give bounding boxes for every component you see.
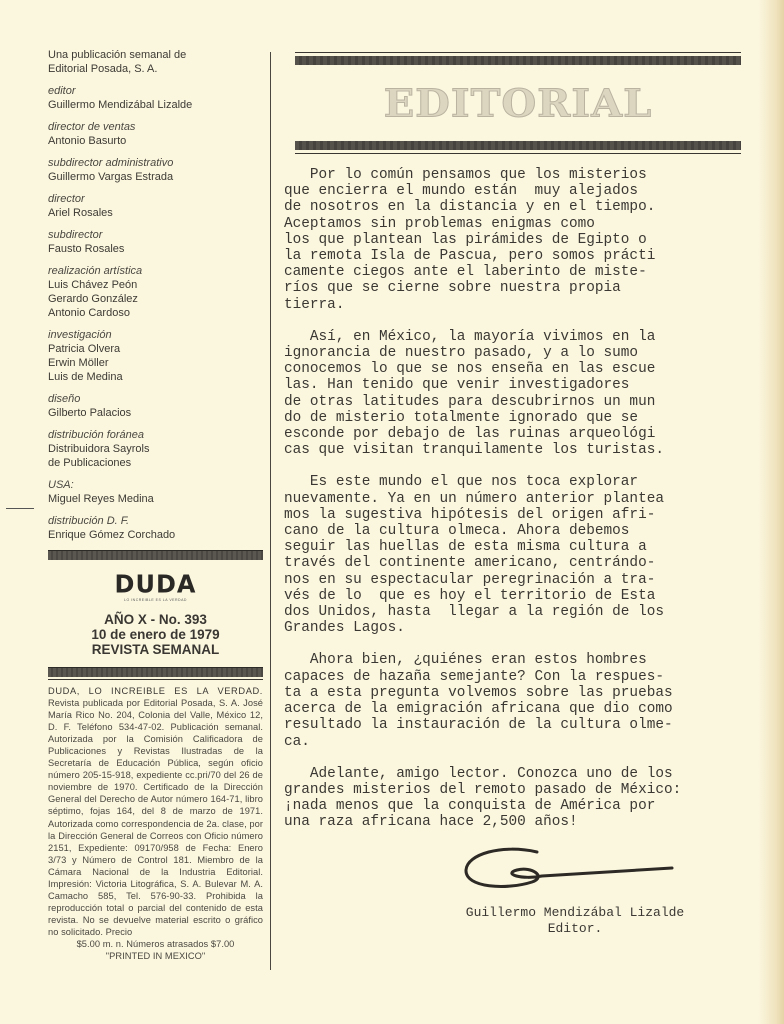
editorial-paragraph: Adelante, amigo lector. Conozca uno de l…	[284, 766, 744, 831]
signature-image	[462, 840, 682, 895]
credit-entry: subdirectorFausto Rosales	[48, 228, 263, 256]
credit-entry: subdirector administrativoGuillermo Varg…	[48, 156, 263, 184]
credit-role: diseño	[48, 393, 80, 405]
header-rule-bottom	[295, 153, 741, 154]
credit-entry: investigaciónPatricia OlveraErwin Möller…	[48, 328, 263, 384]
divider-line	[48, 679, 263, 680]
intro-line: Editorial Posada, S. A.	[48, 62, 263, 76]
credit-entry: distribución D. F.Enrique Gómez Corchado	[48, 514, 263, 542]
editorial-paragraph: Así, en México, la mayoría vivimos en la…	[284, 329, 744, 459]
credit-name: Gerardo González	[48, 292, 263, 306]
editorial-paragraph: Es este mundo el que nos toca explorar n…	[284, 474, 744, 636]
editorial-header: EDITORIAL	[295, 52, 741, 154]
signature-name: Guillermo Mendizábal Lizalde	[440, 905, 710, 921]
credit-entry: director de ventasAntonio Basurto	[48, 120, 263, 148]
legal-text: Revista publicada por Editorial Posada, …	[48, 698, 263, 937]
header-rule-top	[295, 52, 741, 53]
editorial-body: Por lo común pensamos que los misterios …	[284, 167, 744, 847]
credit-role: editor	[48, 85, 76, 97]
credit-entry: diseñoGilberto Palacios	[48, 392, 263, 420]
credit-role: director	[48, 193, 85, 205]
credit-name: Guillermo Mendizábal Lizalde	[48, 98, 263, 112]
issue-number: AÑO X - No. 393	[48, 612, 263, 627]
credit-name: Gilberto Palacios	[48, 406, 263, 420]
intro-line: Una publicación semanal de	[48, 48, 263, 62]
credit-role: realización artística	[48, 265, 142, 277]
credit-name: Antonio Basurto	[48, 134, 263, 148]
credit-name: Guillermo Vargas Estrada	[48, 170, 263, 184]
logo-tagline: LO INCREIBLE ES LA VERDAD	[48, 598, 263, 603]
price-line: $5.00 m. n. Números atrasados $7.00	[48, 938, 263, 950]
credit-name: Miguel Reyes Medina	[48, 492, 263, 506]
credit-role: distribución D. F.	[48, 515, 129, 527]
credit-entry: USA:Miguel Reyes Medina	[48, 478, 263, 506]
credit-name: Antonio Cardoso	[48, 306, 263, 320]
header-bar-top	[295, 56, 741, 65]
signature-block: Guillermo Mendizábal Lizalde Editor.	[440, 905, 710, 937]
credit-role: investigación	[48, 329, 112, 341]
page-edge-shadow	[758, 0, 784, 1024]
publisher-intro: Una publicación semanal de Editorial Pos…	[48, 48, 263, 76]
credit-name: Erwin Möller	[48, 356, 263, 370]
credit-name: Ariel Rosales	[48, 206, 263, 220]
credit-name: Enrique Gómez Corchado	[48, 528, 263, 542]
credit-role: director de ventas	[48, 121, 135, 133]
divider-bar	[48, 667, 263, 677]
credit-name: de Publicaciones	[48, 456, 263, 470]
staff-column: Una publicación semanal de Editorial Pos…	[48, 48, 263, 962]
credit-entry: distribución foráneaDistribuidora Sayrol…	[48, 428, 263, 470]
credit-role: USA:	[48, 479, 74, 491]
credit-entry: directorAriel Rosales	[48, 192, 263, 220]
credit-name: Patricia Olvera	[48, 342, 263, 356]
credit-role: subdirector administrativo	[48, 157, 173, 169]
credit-name: Luis de Medina	[48, 370, 263, 384]
legal-notice: DUDA, LO INCREIBLE ES LA VERDAD. Revista…	[48, 685, 263, 962]
margin-dash	[6, 508, 34, 509]
editorial-title: EDITORIAL	[384, 81, 653, 126]
credit-entry: realización artísticaLuis Chávez PeónGer…	[48, 264, 263, 320]
column-divider	[270, 52, 271, 970]
masthead: DUDA LO INCREIBLE ES LA VERDAD AÑO X - N…	[48, 572, 263, 657]
credit-name: Fausto Rosales	[48, 242, 263, 256]
header-bar-bottom	[295, 141, 741, 150]
credit-role: subdirector	[48, 229, 102, 241]
credit-role: distribución foránea	[48, 429, 144, 441]
signature-title: Editor.	[440, 921, 710, 937]
credit-name: Distribuidora Sayrols	[48, 442, 263, 456]
credit-name: Luis Chávez Peón	[48, 278, 263, 292]
divider-bar	[48, 550, 263, 560]
publication-type: REVISTA SEMANAL	[48, 642, 263, 657]
editorial-paragraph: Por lo común pensamos que los misterios …	[284, 167, 744, 313]
credit-entry: editorGuillermo Mendizábal Lizalde	[48, 84, 263, 112]
legal-lead: DUDA, LO INCREIBLE ES LA VERDAD.	[48, 686, 263, 696]
editorial-paragraph: Ahora bien, ¿quiénes eran estos hombres …	[284, 652, 744, 749]
printed-in: "PRINTED IN MEXICO"	[48, 950, 263, 962]
duda-logo: DUDA	[48, 571, 263, 596]
issue-date: 10 de enero de 1979	[48, 627, 263, 642]
